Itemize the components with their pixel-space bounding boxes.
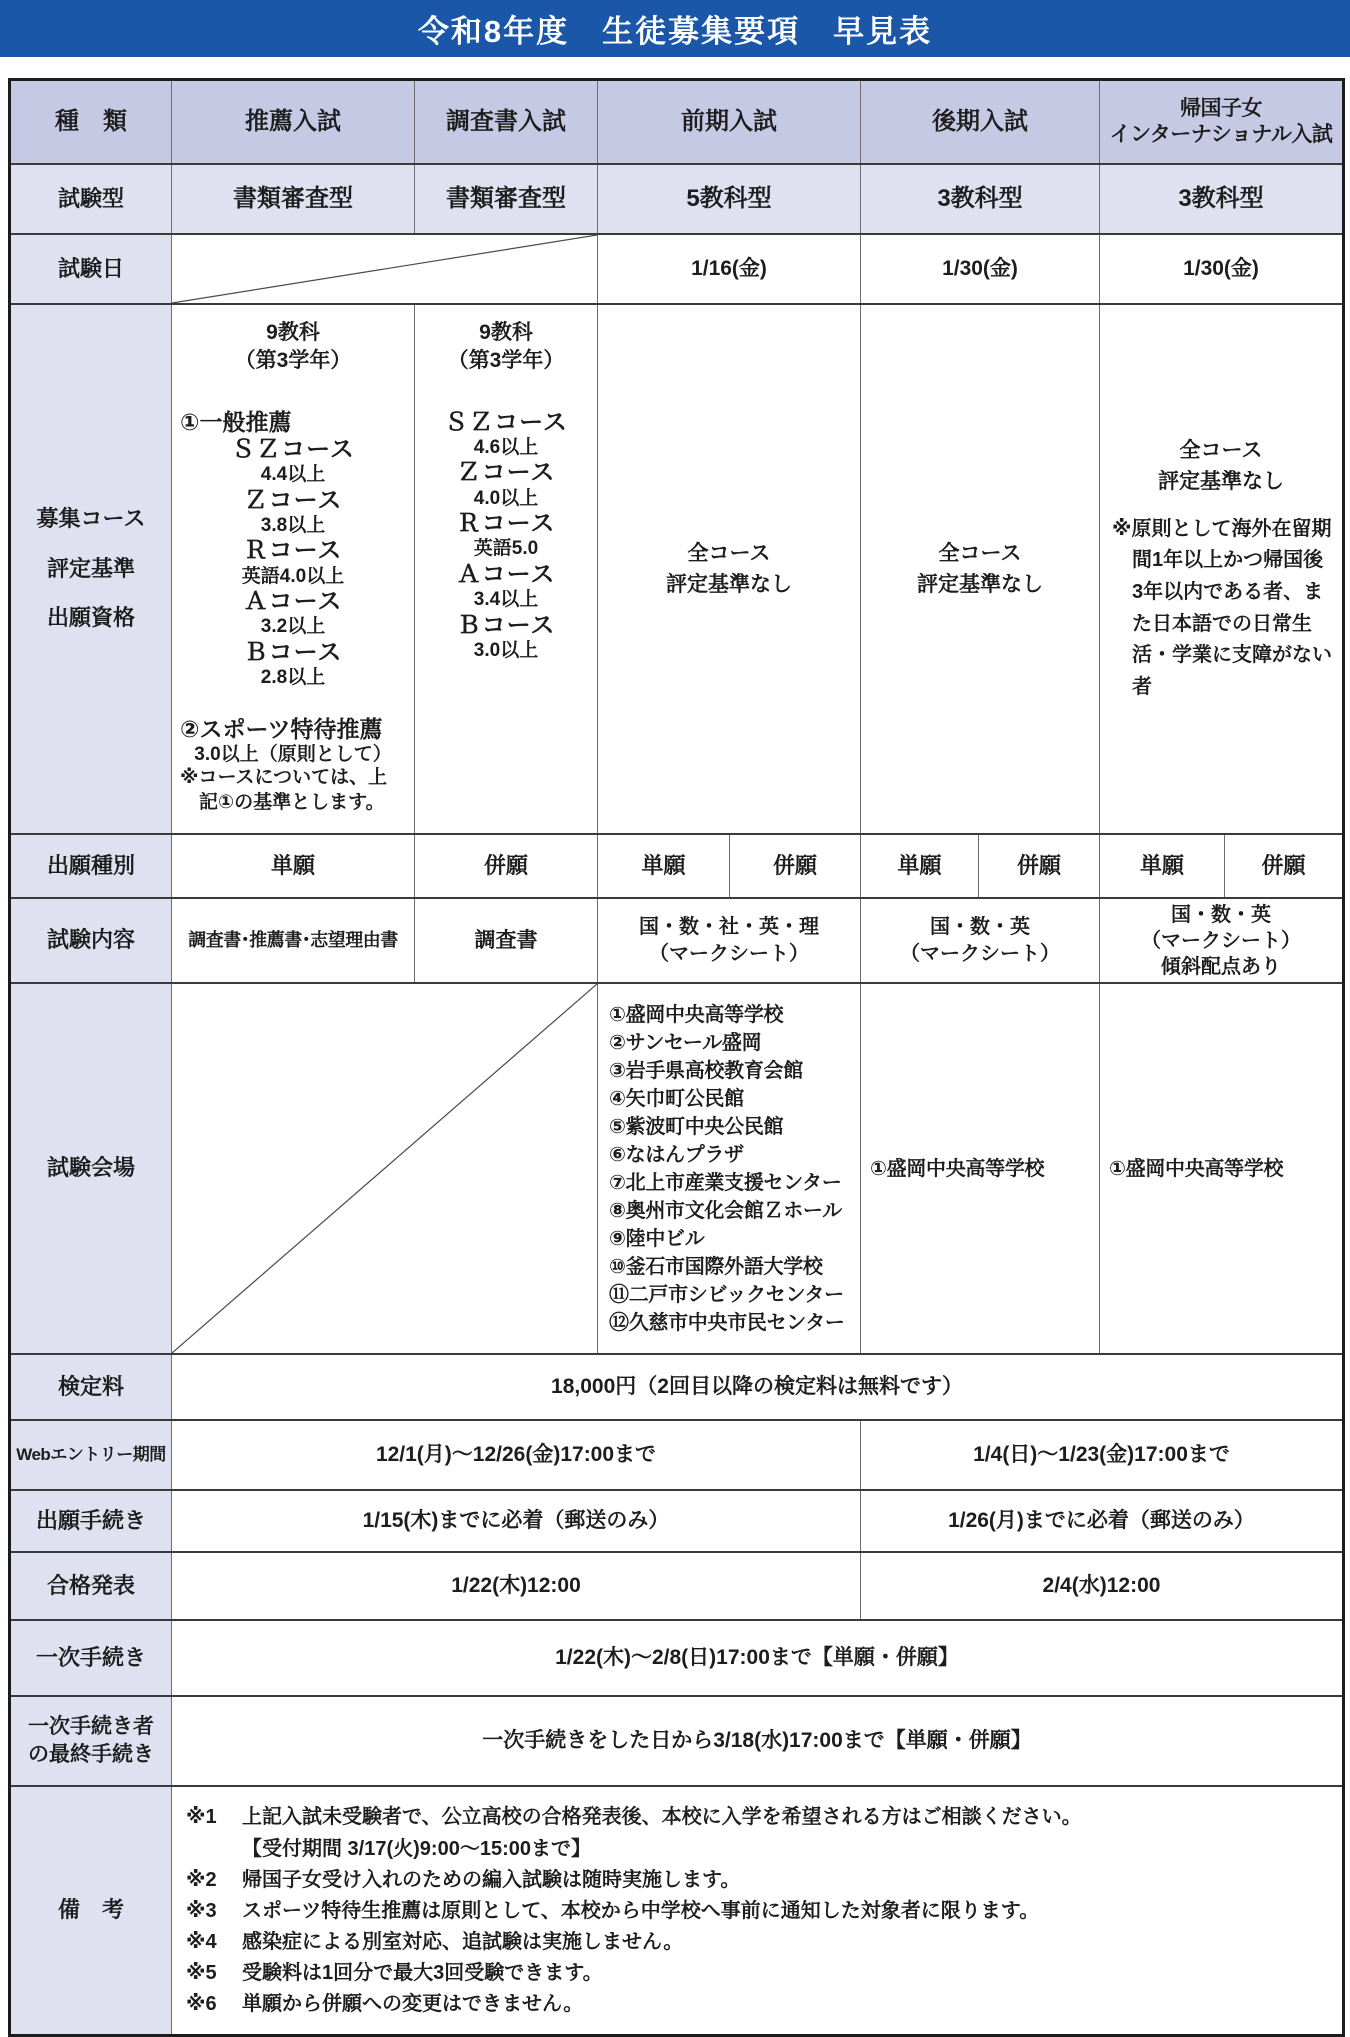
application-proc-late: 1/26(月)までに必着（郵送のみ） — [861, 1490, 1344, 1552]
recruit-suisen-criteria-list: ①一般推薦ＳＺコース4.4以上Ｚコース3.8以上Ｒコース英語4.0以上Ａコース3… — [172, 409, 414, 816]
criteria-line: Ｚコース — [423, 459, 589, 487]
venue-item: ⑤紫波町中央公民館 — [609, 1113, 858, 1141]
exam-date-kouki: 1/30(金) — [861, 234, 1100, 304]
web-entry-row: Webエントリー期間 12/1(月)～12/26(金)17:00まで 1/4(日… — [10, 1420, 1344, 1490]
criteria-line: Ｒコース — [423, 510, 589, 538]
web-entry-late: 1/4(日)～1/23(金)17:00まで — [861, 1420, 1344, 1490]
row-label-recruit-criteria: 募集コース評定基準出願資格 — [10, 304, 172, 834]
remark-item: ※6 単願から併願への変更はできません。 — [186, 1991, 1334, 2018]
criteria-line: 2.8以上 — [180, 667, 406, 689]
row-label-application-kind: 出願種別 — [10, 834, 172, 898]
exam-content-row: 試験内容 調査書･推薦書･志望理由書 調査書 国・数・社・英・理（マークシート）… — [10, 898, 1344, 983]
recruit-chosasho-subjects: 9教科 （第3学年） — [415, 319, 597, 376]
exam-content-line: （マークシート） — [1100, 928, 1342, 954]
first-proc-value: 1/22(木)～2/8(日)17:00まで【単願・併願】 — [172, 1620, 1344, 1696]
criteria-line: ※コースについては、上記①の基準とします。 — [180, 766, 406, 815]
venue-not-applicable-cell — [172, 983, 598, 1354]
column-header-zenki: 前期入試 — [598, 80, 861, 165]
row-label-remarks: 備 考 — [10, 1786, 172, 2036]
exam-content-line: 国・数・社・英・理 — [598, 914, 860, 941]
header-row: 種 類 推薦入試 調査書入試 前期入試 後期入試 帰国子女 インターナショナル入… — [10, 80, 1344, 165]
exam-content-kouki: 国・数・英（マークシート） — [861, 898, 1100, 983]
recruit-zenki-cell: 全コース 評定基準なし — [598, 304, 861, 834]
column-header-suisen: 推薦入試 — [172, 80, 415, 165]
venue-item: ②サンセール盛岡 — [609, 1029, 858, 1057]
final-proc-row: 一次手続き者 の最終手続き 一次手続きをした日から3/18(水)17:00まで【… — [10, 1696, 1344, 1786]
row-label-first-proc: 一次手続き — [10, 1620, 172, 1696]
criteria-line: 4.4以上 — [180, 464, 406, 486]
venue-row: 試験会場 ①盛岡中央高等学校②サンセール盛岡③岩手県高校教育会館④矢巾町公民館⑤… — [10, 983, 1344, 1354]
remark-number: ※6 — [186, 1991, 242, 2018]
diagonal-strike-line — [172, 235, 597, 303]
application-kind-zenki-tangan: 単願 — [598, 834, 730, 898]
row-label-application-proc: 出願手続き — [10, 1490, 172, 1552]
admission-overview-table: 種 類 推薦入試 調査書入試 前期入試 後期入試 帰国子女 インターナショナル入… — [8, 78, 1345, 2037]
exam-content-line: 国・数・英 — [1100, 902, 1342, 928]
row-label-exam-type: 試験型 — [10, 164, 172, 234]
remark-text: 受験料は1回分で最大3回受験できます。 — [242, 1960, 1334, 1987]
exam-content-line: 傾斜配点あり — [1100, 954, 1342, 980]
row-label-venue: 試験会場 — [10, 983, 172, 1354]
recruit-kikoku-cell: 全コース 評定基準なし ※原則として海外在留期間1年以上かつ帰国後3年以内である… — [1100, 304, 1344, 834]
kikoku-eligibility-note: ※原則として海外在留期間1年以上かつ帰国後3年以内である者、また日本語での日常生… — [1112, 514, 1332, 704]
criteria-line: ＳＺコース — [423, 409, 589, 437]
venue-item: ⑥なはんプラザ — [609, 1141, 858, 1169]
remark-item: ※4 感染症による別室対応、追試験は実施しません。 — [186, 1929, 1334, 1956]
title-banner: 令和8年度 生徒募集要項 早見表 — [0, 0, 1350, 57]
application-kind-kikoku-tangan: 単願 — [1100, 834, 1225, 898]
exam-type-suisen: 書類審査型 — [172, 164, 415, 234]
recruit-label-line: 募集コース — [11, 505, 171, 534]
row-label-fee: 検定料 — [10, 1354, 172, 1420]
recruit-chosasho-cell: 9教科 （第3学年） ＳＺコース4.6以上Ｚコース4.0以上Ｒコース英語5.0Ａ… — [415, 304, 598, 834]
row-label-exam-date: 試験日 — [10, 234, 172, 304]
remark-number: ※3 — [186, 1898, 242, 1925]
criteria-line: Ｒコース — [180, 537, 406, 565]
remark-text: 感染症による別室対応、追試験は実施しません。 — [242, 1929, 1334, 1956]
application-kind-zenki-heigan: 併願 — [730, 834, 861, 898]
fee-value: 18,000円（2回目以降の検定料は無料です） — [172, 1354, 1344, 1420]
criteria-line: ②スポーツ特待推薦 — [180, 716, 406, 743]
fee-row: 検定料 18,000円（2回目以降の検定料は無料です） — [10, 1354, 1344, 1420]
recruit-criteria-row: 募集コース評定基準出願資格 9教科 （第3学年） ①一般推薦ＳＺコース4.4以上… — [10, 304, 1344, 834]
remark-text: スポーツ特待生推薦は原則として、本校から中学校へ事前に通知した対象者に限ります。 — [242, 1898, 1334, 1925]
venue-item: ③岩手県高校教育会館 — [609, 1057, 858, 1085]
application-kind-kikoku-heigan: 併願 — [1225, 834, 1344, 898]
remark-number: ※1 — [186, 1804, 242, 1863]
criteria-line: 3.0以上 — [423, 640, 589, 662]
venue-kikoku: ①盛岡中央高等学校 — [1100, 983, 1344, 1354]
venue-item: ⑫久慈市中央市民センター — [609, 1309, 858, 1337]
remark-item: ※1 上記入試未受験者で、公立高校の合格発表後、本校に入学を希望される方はご相談… — [186, 1804, 1334, 1863]
criteria-line: 英語5.0 — [423, 538, 589, 560]
application-kind-chosasho: 併願 — [415, 834, 598, 898]
venue-item: ①盛岡中央高等学校 — [609, 1001, 858, 1029]
remark-item: ※3 スポーツ特待生推薦は原則として、本校から中学校へ事前に通知した対象者に限り… — [186, 1898, 1334, 1925]
venue-item: ④矢巾町公民館 — [609, 1085, 858, 1113]
exam-date-not-applicable-cell — [172, 234, 598, 304]
criteria-line: ＳＺコース — [180, 436, 406, 464]
recruit-suisen-subjects: 9教科 （第3学年） — [172, 319, 414, 376]
venue-item: ⑦北上市産業支援センター — [609, 1169, 858, 1197]
web-entry-early: 12/1(月)～12/26(金)17:00まで — [172, 1420, 861, 1490]
column-header-kouki: 後期入試 — [861, 80, 1100, 165]
recruit-label-line: 評定基準 — [11, 555, 171, 584]
criteria-line: 3.8以上 — [180, 515, 406, 537]
exam-content-suisen: 調査書･推薦書･志望理由書 — [172, 898, 415, 983]
remark-subtext: 【受付期間 3/17(火)9:00～15:00まで】 — [242, 1836, 1334, 1863]
announcement-late: 2/4(水)12:00 — [861, 1552, 1344, 1620]
remark-item: ※2 帰国子女受け入れのための編入試験は随時実施します。 — [186, 1867, 1334, 1894]
row-label-exam-content: 試験内容 — [10, 898, 172, 983]
criteria-line: Ａコース — [423, 561, 589, 589]
remarks-row: 備 考 ※1 上記入試未受験者で、公立高校の合格発表後、本校に入学を希望される方… — [10, 1786, 1344, 2036]
column-header-kikoku-line2: インターナショナル入試 — [1100, 122, 1342, 148]
application-kind-kouki-heigan: 併願 — [979, 834, 1100, 898]
application-kind-suisen: 単願 — [172, 834, 415, 898]
row-label-web-entry: Webエントリー期間 — [10, 1420, 172, 1490]
criteria-line: 英語4.0以上 — [180, 566, 406, 588]
exam-type-zenki: 5教科型 — [598, 164, 861, 234]
criteria-line: 3.0以上（原則として） — [180, 744, 406, 766]
remark-number: ※2 — [186, 1867, 242, 1894]
application-proc-early: 1/15(木)までに必着（郵送のみ） — [172, 1490, 861, 1552]
criteria-line: Ｂコース — [423, 612, 589, 640]
exam-type-kouki: 3教科型 — [861, 164, 1100, 234]
application-proc-row: 出願手続き 1/15(木)までに必着（郵送のみ） 1/26(月)までに必着（郵送… — [10, 1490, 1344, 1552]
column-header-chosasho: 調査書入試 — [415, 80, 598, 165]
recruit-label-lines: 募集コース評定基準出願資格 — [11, 505, 171, 633]
venue-item: ⑧奥州市文化会館Ｚホール — [609, 1197, 858, 1225]
final-proc-value: 一次手続きをした日から3/18(水)17:00まで【単願・併願】 — [172, 1696, 1344, 1786]
criteria-line: Ｚコース — [180, 487, 406, 515]
exam-type-row: 試験型 書類審査型 書類審査型 5教科型 3教科型 3教科型 — [10, 164, 1344, 234]
application-kind-row: 出願種別 単願 併願 単願 併願 単願 併願 単願 併願 — [10, 834, 1344, 898]
recruit-suisen-cell: 9教科 （第3学年） ①一般推薦ＳＺコース4.4以上Ｚコース3.8以上Ｒコース英… — [172, 304, 415, 834]
remark-text: 上記入試未受験者で、公立高校の合格発表後、本校に入学を希望される方はご相談くださ… — [242, 1804, 1334, 1863]
row-label-final-proc: 一次手続き者 の最終手続き — [10, 1696, 172, 1786]
exam-content-zenki: 国・数・社・英・理（マークシート） — [598, 898, 861, 983]
remark-text: 単願から併願への変更はできません。 — [242, 1991, 1334, 2018]
venue-item: ⑩釜石市国際外語大学校 — [609, 1253, 858, 1281]
exam-date-zenki: 1/16(金) — [598, 234, 861, 304]
remark-item: ※5 受験料は1回分で最大3回受験できます。 — [186, 1960, 1334, 1987]
criteria-line: 3.4以上 — [423, 589, 589, 611]
exam-content-kikoku: 国・数・英（マークシート）傾斜配点あり — [1100, 898, 1344, 983]
criteria-line: 4.0以上 — [423, 488, 589, 510]
venue-kouki: ①盛岡中央高等学校 — [861, 983, 1100, 1354]
column-header-kikoku: 帰国子女 インターナショナル入試 — [1100, 80, 1344, 165]
exam-date-kikoku: 1/30(金) — [1100, 234, 1344, 304]
exam-type-kikoku: 3教科型 — [1100, 164, 1344, 234]
recruit-kouki-cell: 全コース 評定基準なし — [861, 304, 1100, 834]
announcement-row: 合格発表 1/22(木)12:00 2/4(水)12:00 — [10, 1552, 1344, 1620]
exam-content-line: （マークシート） — [598, 941, 860, 968]
remarks-cell: ※1 上記入試未受験者で、公立高校の合格発表後、本校に入学を希望される方はご相談… — [172, 1786, 1344, 2036]
exam-date-row: 試験日 1/16(金) 1/30(金) 1/30(金) — [10, 234, 1344, 304]
criteria-line: 4.6以上 — [423, 437, 589, 459]
venue-item: ⑨陸中ビル — [609, 1225, 858, 1253]
remark-number: ※4 — [186, 1929, 242, 1956]
recruit-label-line: 出願資格 — [11, 604, 171, 633]
application-kind-kouki-tangan: 単願 — [861, 834, 979, 898]
first-proc-row: 一次手続き 1/22(木)～2/8(日)17:00まで【単願・併願】 — [10, 1620, 1344, 1696]
criteria-line: 3.2以上 — [180, 616, 406, 638]
criteria-line: Ａコース — [180, 588, 406, 616]
page-title: 令和8年度 生徒募集要項 早見表 — [418, 6, 932, 51]
criteria-line: Ｂコース — [180, 639, 406, 667]
venue-item: ⑪二戸市シビックセンター — [609, 1281, 858, 1309]
exam-content-line: 国・数・英 — [861, 914, 1099, 941]
criteria-line: ①一般推薦 — [180, 409, 406, 436]
exam-content-chosasho: 調査書 — [415, 898, 598, 983]
row-label-announcement: 合格発表 — [10, 1552, 172, 1620]
remark-text: 帰国子女受け入れのための編入試験は随時実施します。 — [242, 1867, 1334, 1894]
remark-number: ※5 — [186, 1960, 242, 1987]
column-header-kikoku-line1: 帰国子女 — [1100, 96, 1342, 122]
header-label: 種 類 — [10, 80, 172, 165]
exam-type-chosasho: 書類審査型 — [415, 164, 598, 234]
venue-zenki-list: ①盛岡中央高等学校②サンセール盛岡③岩手県高校教育会館④矢巾町公民館⑤紫波町中央… — [598, 983, 861, 1354]
diagonal-strike-line — [172, 984, 597, 1353]
announcement-early: 1/22(木)12:00 — [172, 1552, 861, 1620]
exam-content-line: （マークシート） — [861, 941, 1099, 968]
recruit-chosasho-criteria-list: ＳＺコース4.6以上Ｚコース4.0以上Ｒコース英語5.0Ａコース3.4以上Ｂコー… — [415, 409, 597, 663]
